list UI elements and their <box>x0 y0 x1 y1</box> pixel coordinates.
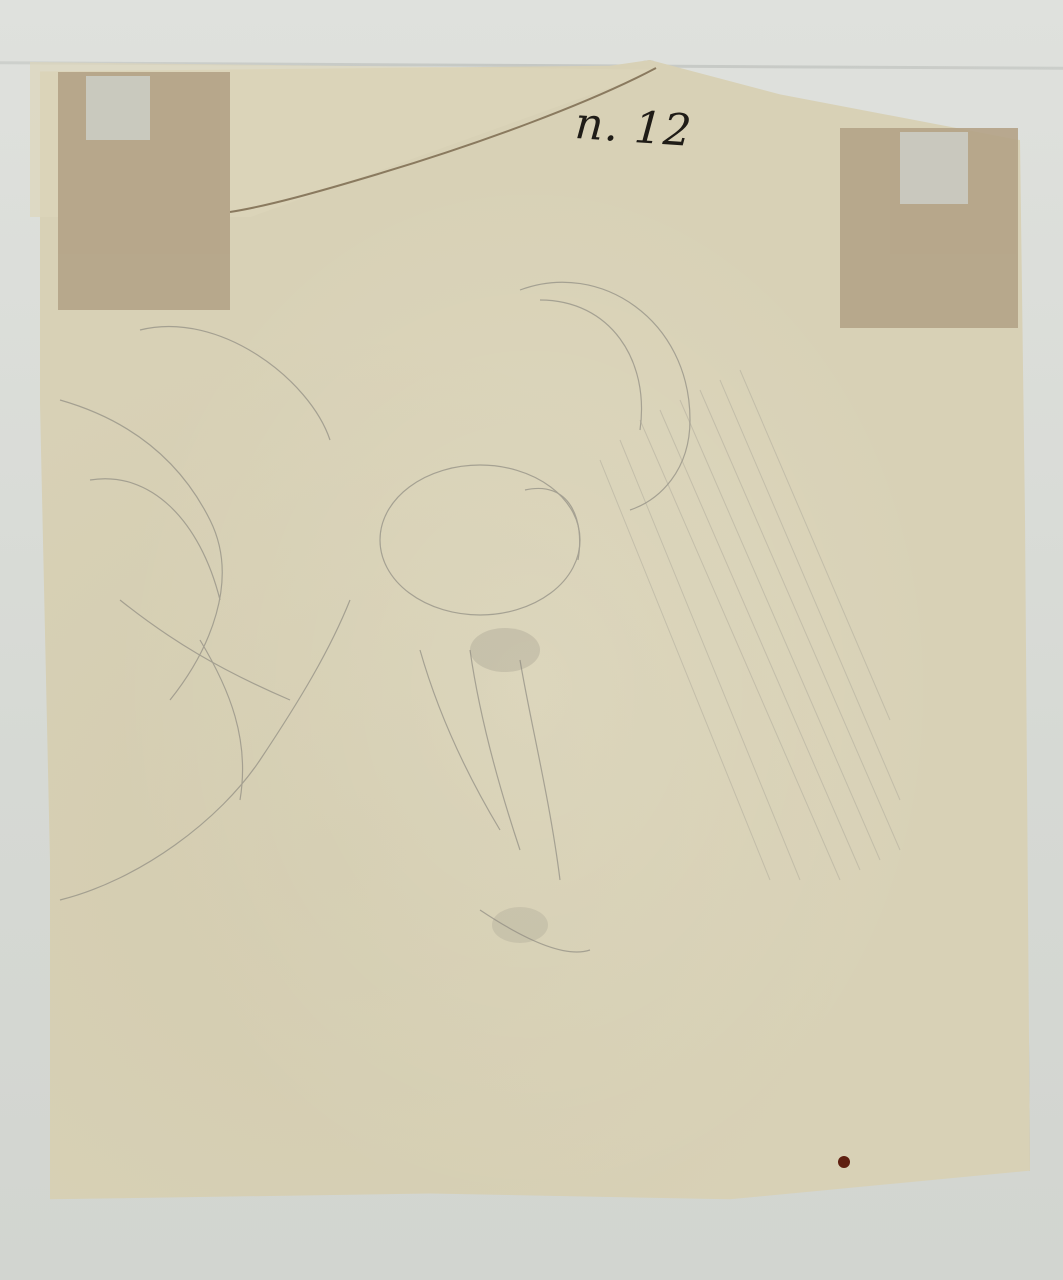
hinge-tape-right <box>840 128 1018 328</box>
tape-overlay-right <box>900 132 968 204</box>
inventory-inscription: n. 12 <box>573 98 694 157</box>
ink-stain <box>838 1156 850 1168</box>
tape-overlay-left <box>86 76 150 140</box>
hinge-tape-left <box>58 72 230 310</box>
